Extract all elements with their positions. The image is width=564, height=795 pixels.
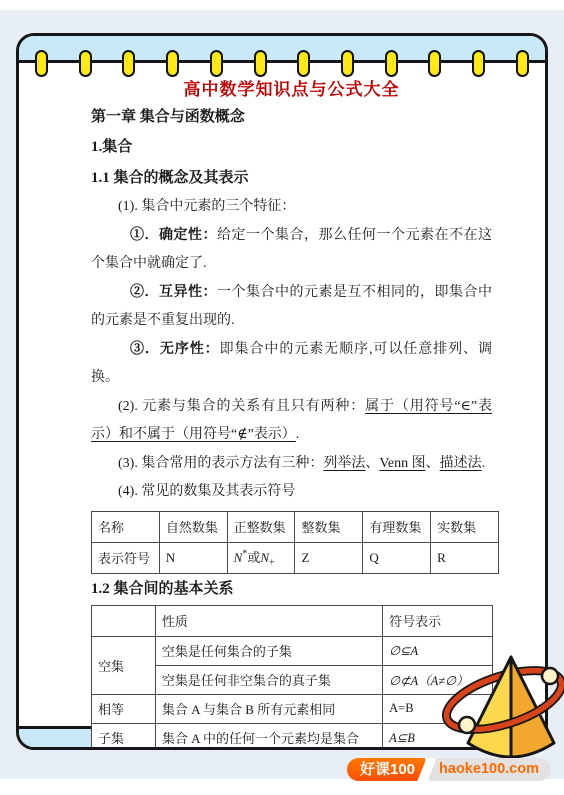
paragraph-element-relation: (2). 元素与集合的关系有且只有两种：属于（用符号“∈”表示）和不属于（用符号…	[91, 393, 492, 450]
header-cell: 正整数集	[227, 511, 295, 542]
n-plus-symbol: N	[260, 550, 269, 565]
haoke100-logo: 好课100 haoke100.com	[347, 758, 551, 781]
binder-ring-icon	[385, 50, 398, 77]
header-cell: 性质	[155, 605, 382, 636]
binder-ring-icon	[341, 50, 354, 77]
section-1-heading: 1.集合	[91, 132, 492, 163]
symbol-cell: Z	[295, 542, 363, 573]
binder-ring-icon	[254, 50, 267, 77]
huyi-label: ②．互异性：	[130, 285, 217, 300]
subscript: +	[269, 557, 275, 568]
section-1-1-heading: 1.1 集合的概念及其表示	[91, 163, 492, 193]
symbol-cell: A=B	[383, 694, 493, 723]
binder-ring-icon	[122, 50, 135, 77]
symbol-cell: N	[159, 542, 227, 573]
document-content: 高中数学知识点与公式大全 第一章 集合与函数概念 1.集合 1.1 集合的概念及…	[19, 77, 545, 750]
binder-ring-icon	[297, 50, 310, 77]
representation-suffix: .	[482, 456, 486, 471]
symbol-cell: Q	[363, 542, 431, 573]
paragraph-queding: ①．确定性：给定一个集合，那么任何一个元素在不在这个集合中就确定了.	[91, 222, 492, 279]
header-cell: 名称	[92, 511, 160, 542]
symbol-cell: ∅⊆A	[383, 636, 493, 665]
binder-ring-icon	[35, 50, 48, 77]
symbol-cell: N*或N+	[227, 542, 295, 573]
header-cell	[92, 605, 156, 636]
header-cell: 符号表示	[383, 605, 493, 636]
table-row: 相等 集合 A 与集合 B 所有元素相同 A=B	[92, 694, 493, 723]
set-relations-table: 性质 符号表示 空集 空集是任何集合的子集 ∅⊆A 空集是任何非空集合的真子集 …	[91, 605, 493, 751]
method-enumeration: 列举法	[323, 456, 365, 471]
paragraph-huyi: ②．互异性：一个集合中的元素是互不相同的，即集合中的元素是不重复出现的.	[91, 279, 492, 336]
property-cell: 空集是任何非空集合的真子集	[155, 665, 382, 694]
paragraph-wuxu: ③．无序性：即集合中的元素无顺序,可以任意排列、调换。	[91, 336, 492, 393]
separator: 、	[365, 456, 379, 471]
table-row: 空集 空集是任何集合的子集 ∅⊆A	[92, 636, 493, 665]
property-cell: 集合 A 中的任何一个元素均是集合	[155, 723, 382, 750]
binder-ring-icon	[428, 50, 441, 77]
method-venn: Venn 图	[379, 456, 425, 471]
relation-suffix: .	[296, 427, 300, 442]
paragraph-representation: (3). 集合常用的表示方法有三种：列举法、Venn 图、描述法.	[91, 450, 492, 479]
wuxu-label: ③．无序性：	[130, 342, 220, 357]
relation-prefix: (2). 元素与集合的关系有且只有两种：	[118, 399, 365, 414]
category-cell: 子集	[92, 723, 156, 750]
method-description: 描述法	[440, 456, 482, 471]
property-cell: 空集是任何集合的子集	[155, 636, 382, 665]
paragraph-number-sets: (4). 常见的数集及其表示符号	[91, 478, 492, 507]
table-row: 表示符号 N N*或N+ Z Q R	[92, 542, 499, 573]
symbol-cell: ∅⊄A（A≠∅）	[383, 665, 493, 694]
category-cell: 相等	[92, 694, 156, 723]
header-cell: 有理数集	[363, 511, 431, 542]
table-row: 子集 集合 A 中的任何一个元素均是集合 A⊆B	[92, 723, 493, 750]
symbol-cell: A⊆B	[383, 723, 493, 750]
row-label-cell: 表示符号	[92, 542, 160, 573]
symbol-cell: R	[431, 542, 499, 573]
category-cell: 空集	[92, 636, 156, 694]
queding-label: ①．确定性：	[130, 228, 217, 243]
page-title: 高中数学知识点与公式大全	[91, 77, 492, 103]
paragraph-features-intro: (1). 集合中元素的三个特征：	[91, 193, 492, 222]
number-sets-table: 名称 自然数集 正整数集 整数集 有理数集 实数集 表示符号 N N*或N+ Z…	[91, 511, 499, 574]
header-cell: 实数集	[431, 511, 499, 542]
binder-ring-icon	[210, 50, 223, 77]
table-row: 名称 自然数集 正整数集 整数集 有理数集 实数集	[92, 511, 499, 542]
table-row: 性质 符号表示	[92, 605, 493, 636]
or-text: 或	[247, 550, 260, 565]
binder-ring-icon	[516, 50, 529, 77]
haoke100-site-badge: haoke100.com	[429, 758, 551, 781]
haoke100-brand-badge: 好课100	[347, 758, 425, 781]
property-cell: 集合 A 与集合 B 所有元素相同	[155, 694, 382, 723]
binder-rings	[19, 50, 545, 77]
binder-ring-icon	[166, 50, 179, 77]
representation-prefix: (3). 集合常用的表示方法有三种：	[118, 456, 323, 471]
separator: 、	[426, 456, 440, 471]
chapter-heading: 第一章 集合与函数概念	[91, 103, 492, 132]
header-cell: 自然数集	[159, 511, 227, 542]
notebook-page: 高中数学知识点与公式大全 第一章 集合与函数概念 1.集合 1.1 集合的概念及…	[16, 33, 548, 750]
header-cell: 整数集	[295, 511, 363, 542]
section-1-2-heading: 1.2 集合间的基本关系	[91, 574, 492, 604]
binder-ring-icon	[472, 50, 485, 77]
binder-ring-icon	[79, 50, 92, 77]
